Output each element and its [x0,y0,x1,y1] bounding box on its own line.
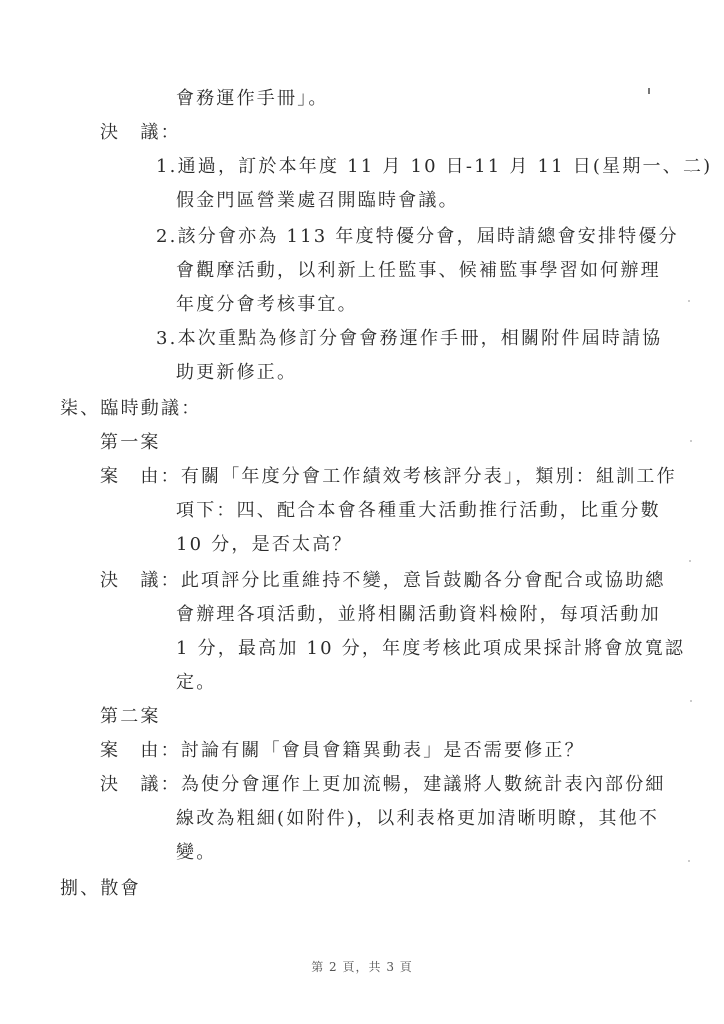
item-text-continued: 假金門區營業處召開臨時會議。 [176,189,459,213]
case-1-resolution: 決 議：此項評分比重維持不變，意旨鼓勵各分會配合或協助總 [100,569,666,593]
resolution-text-continued: 變。 [176,841,216,865]
section-heading-8: 捌、散會 [60,877,141,901]
item-text: 通過，訂於本年度 11 月 10 日-11 月 11 日(星期一、二) [178,156,713,177]
item-text-continued: 年度分會考核事宜。 [176,293,358,317]
resolution-item-3: 3.本次重點為修訂分會會務運作手冊，相關附件屆時請協 [156,327,662,351]
case-1-title: 第一案 [100,431,161,455]
item-text: 本次重點為修訂分會會務運作手冊，相關附件屆時請協 [178,328,663,349]
case-2-resolution: 決 議：為使分會運作上更加流暢，建議將人數統計表內部份細 [100,773,666,797]
reason-label: 案 由： [100,465,181,489]
scan-artifact [690,440,692,442]
page-footer: 第 2 頁，共 3 頁 [0,958,724,975]
continuation-text: 會務運作手冊」。 [176,87,329,111]
item-number: 3. [156,328,178,349]
resolution-item-2: 2.該分會亦為 113 年度特優分會，屆時請總會安排特優分 [156,225,679,249]
item-text: 該分會亦為 113 年度特優分會，屆時請總會安排特優分 [178,226,679,247]
scan-artifact [688,860,690,862]
resolution-text-continued: 定。 [176,671,216,695]
reason-text: 討論有關「會員會籍異動表」是否需要修正？ [181,740,585,761]
section-heading-7: 柒、臨時動議： [60,397,201,421]
case-2-title: 第二案 [100,705,161,729]
scan-artifact [688,300,690,302]
resolution-text-continued: 會辦理各項活動，並將相關活動資料檢附，每項活動加 [176,603,661,627]
item-text-continued: 會觀摩活動，以利新上任監事、候補監事學習如何辦理 [176,259,661,283]
resolution-text-continued: 1 分，最高加 10 分，年度考核此項成果採計將會放寬認 [176,637,685,661]
reason-text-continued: 項下：四、配合本會各種重大活動推行活動，比重分數 [176,499,661,523]
case-1-reason: 案 由：有關「年度分會工作績效考核評分表」，類別：組訓工作 [100,465,677,489]
resolution-label: 決 議： [100,773,181,797]
reason-text-continued: 10 分，是否太高？ [176,533,353,557]
resolution-text: 此項評分比重維持不變，意旨鼓勵各分會配合或協助總 [181,570,666,591]
resolution-label: 決 議： [100,121,181,145]
item-number: 1. [156,156,178,177]
scan-artifact [689,560,691,562]
reason-text: 有關「年度分會工作績效考核評分表」，類別：組訓工作 [181,466,677,487]
resolution-label: 決 議： [100,569,181,593]
item-text-continued: 助更新修正。 [176,361,297,385]
resolution-item-1: 1.通過，訂於本年度 11 月 10 日-11 月 11 日(星期一、二) [156,155,712,179]
scan-artifact [690,170,692,172]
scan-artifact [690,700,692,702]
case-2-reason: 案 由：討論有關「會員會籍異動表」是否需要修正？ [100,739,585,763]
item-number: 2. [156,226,178,247]
scan-artifact [648,88,650,94]
resolution-text: 為使分會運作上更加流暢，建議將人數統計表內部份細 [181,774,666,795]
reason-label: 案 由： [100,739,181,763]
resolution-text-continued: 線改為粗細(如附件)，以利表格更加清晰明瞭，其他不 [176,807,659,831]
